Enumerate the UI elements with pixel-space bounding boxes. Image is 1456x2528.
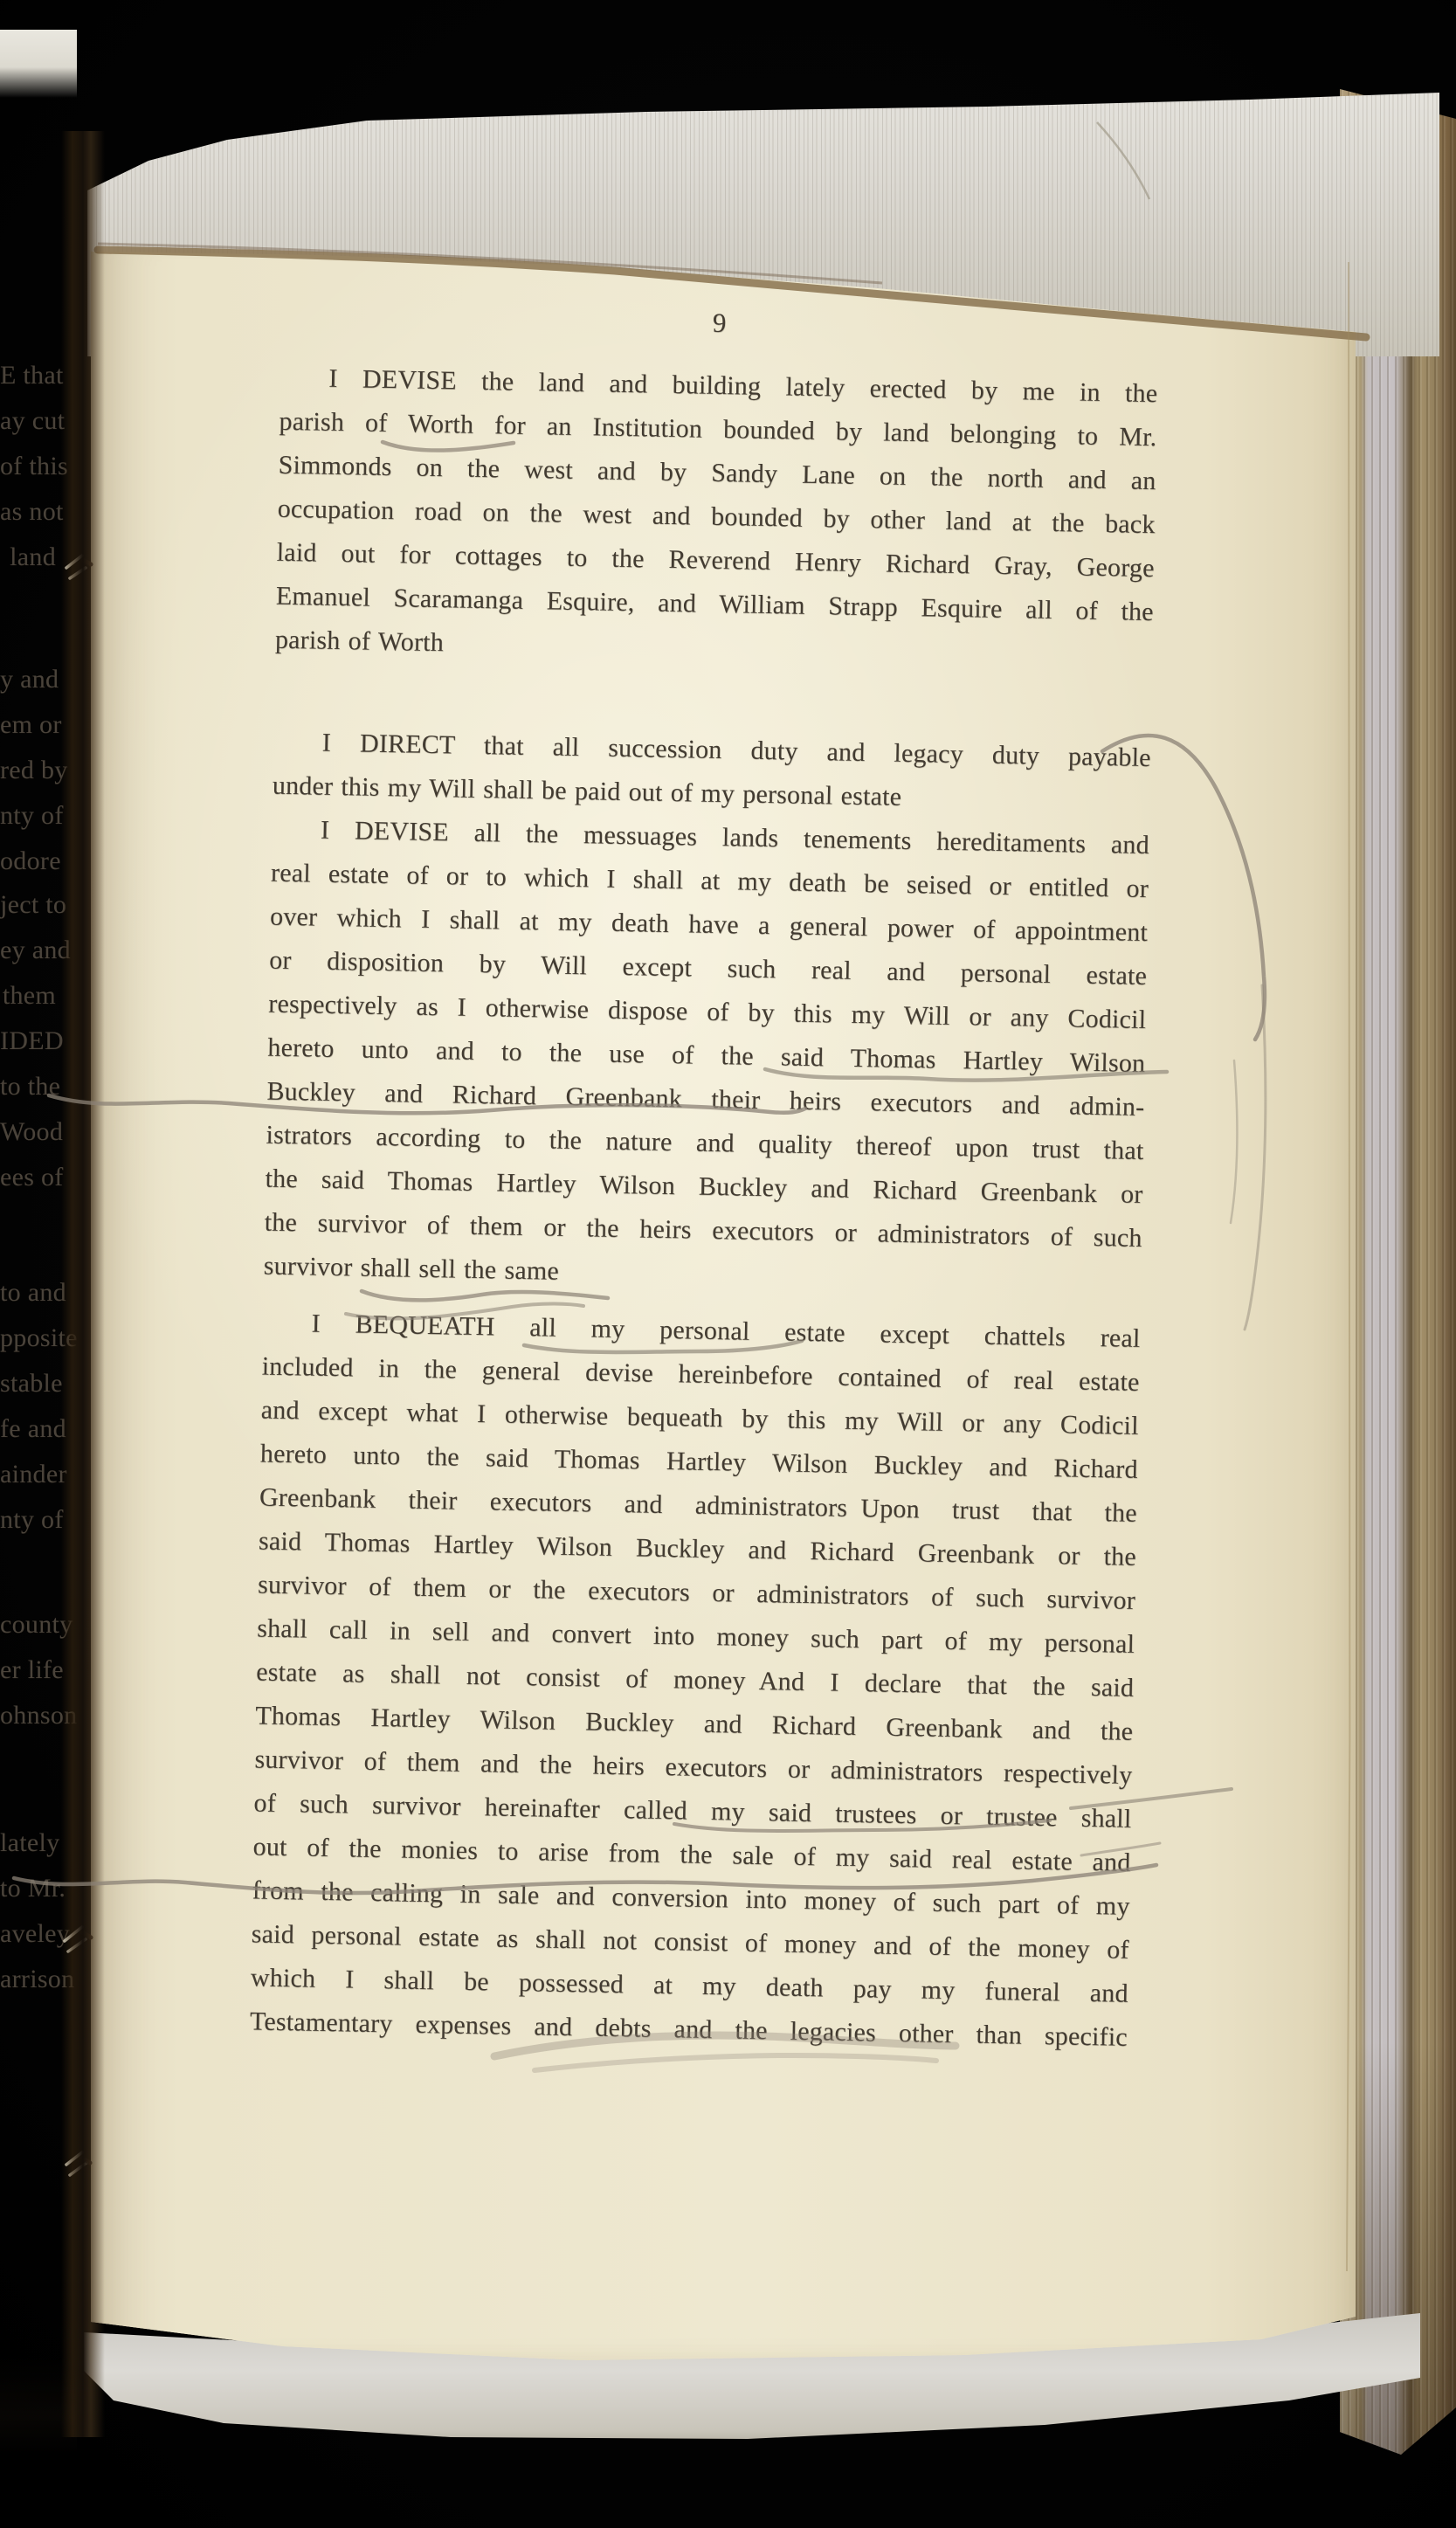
previous-page-text-fragment: ohnson bbox=[0, 1701, 56, 1730]
previous-page-text-fragment: nty of bbox=[0, 801, 56, 831]
previous-page-text-fragment: ees of bbox=[0, 1163, 56, 1192]
previous-page-text-fragment: IDED bbox=[0, 1026, 56, 1056]
previous-page-text-fragment: ject to bbox=[0, 890, 56, 920]
paragraph-direct-duty: I DIRECT that all succession duty and le… bbox=[272, 721, 1151, 824]
previous-page-text-fragment: county bbox=[0, 1610, 56, 1640]
previous-page-text-fragment: to Mr. bbox=[0, 1874, 56, 1903]
previous-page-text-fragment: pposite bbox=[0, 1323, 56, 1353]
previous-page-text-fragment: land bbox=[0, 542, 56, 572]
paragraph-devise-messuages: I DEVISE all the messuages lands tenemen… bbox=[263, 808, 1149, 1304]
previous-page-text-fragment: lately bbox=[0, 1828, 56, 1858]
book-fore-edge bbox=[1340, 84, 1456, 2472]
previous-page-text-fragment: Wood bbox=[0, 1117, 56, 1147]
previous-page-text-fragment: fe and bbox=[0, 1414, 56, 1444]
previous-page-text-fragment: red by bbox=[0, 756, 56, 785]
previous-page-text-fragment: ay cut bbox=[0, 406, 56, 436]
previous-page-text-fragment: them bbox=[0, 981, 56, 1011]
binding-gutter bbox=[61, 131, 105, 2437]
paragraph-bequeath-personal-estate: I BEQUEATH all my personal estate except… bbox=[250, 1302, 1141, 2060]
previous-page-text-fragment: ainder bbox=[0, 1460, 56, 1489]
book-scan-photo: E that ay cut of this as not land y and … bbox=[0, 0, 1456, 2528]
previous-page-text-fragment: to and bbox=[0, 1278, 56, 1308]
previous-page-text-fragment: nty of bbox=[0, 1505, 56, 1535]
previous-page-text-fragment: E that bbox=[0, 361, 56, 390]
previous-page-text-fragment: to the bbox=[0, 1072, 56, 1102]
previous-page-text-fragment: as not bbox=[0, 497, 56, 527]
previous-page-text-fragment: em or bbox=[0, 710, 56, 740]
previous-page-text-fragment: y and bbox=[0, 665, 56, 694]
paragraph-devise-land: I DEVISE the land and building lately er… bbox=[275, 356, 1158, 678]
previous-page-text-fragment: of this bbox=[0, 452, 56, 481]
previous-page-text-fragment: arrison bbox=[0, 1965, 56, 1994]
previous-page-text-fragment: odore bbox=[0, 846, 56, 876]
previous-page-text-fragment: aveley bbox=[0, 1919, 56, 1949]
previous-page-text-fragment: ey and bbox=[0, 936, 56, 965]
previous-page-text-fragment: stable bbox=[0, 1369, 56, 1399]
previous-page-text-fragment: er life bbox=[0, 1655, 56, 1685]
